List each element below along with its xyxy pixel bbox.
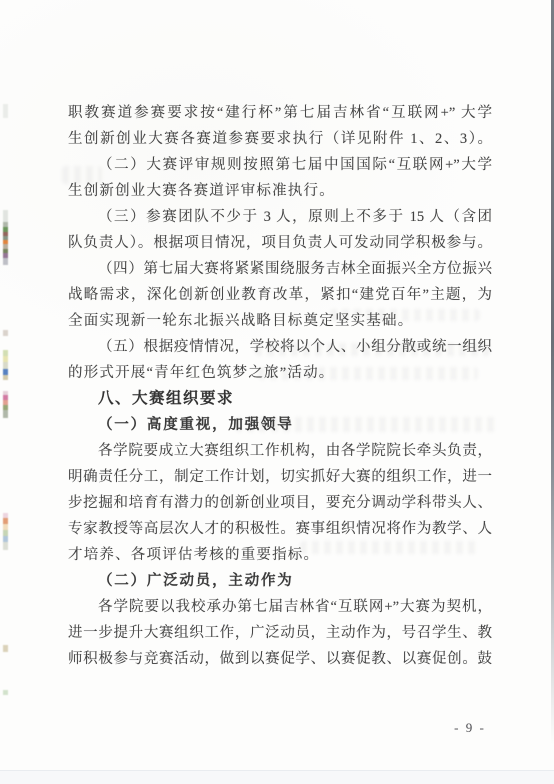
text-line: 队负责人）。根据项目情况，项目负责人可发动同学积极参与。 [68, 230, 492, 256]
page-number: - 9 - [446, 718, 494, 738]
scan-artifact-segment [3, 410, 8, 418]
section-heading: 八、大赛组织要求 [68, 386, 492, 412]
text-line: 生创新创业大赛各赛道评审标准执行。 [68, 178, 492, 204]
text-line: （四）第七届大赛将紧紧围绕服务吉林全面振兴全方位振兴 [68, 256, 492, 282]
document-text-block: 职教赛道参赛要求按“建行杯”第七届吉林省“互联网+” 大学 生创新创业大赛各赛道… [68, 100, 492, 672]
scan-artifact-segment [3, 258, 8, 265]
scan-artifact-segment [3, 210, 8, 222]
sub-heading: （二）广泛动员，主动作为 [68, 568, 492, 594]
text-line: （三）参赛团队不少于 3 人，原则上不多于 15 人（含团 [68, 204, 492, 230]
scan-artifact-segment [3, 104, 8, 118]
text-line: （五）根据疫情情况，学校将以个人、小组分散或统一组织 [68, 334, 492, 360]
bottom-scan-band [0, 771, 554, 784]
text-line: 才培养、各项评估考核的重要指标。 [68, 542, 492, 568]
text-line: 职教赛道参赛要求按“建行杯”第七届吉林省“互联网+” 大学 [68, 100, 492, 126]
text-line: 进一步提升大赛组织工作，广泛动员，主动作为，号召学生、教 [68, 620, 492, 646]
sub-heading: （一）高度重视，加强领导 [68, 412, 492, 438]
scan-artifact-segment [3, 690, 8, 695]
edge-color-strip [3, 0, 8, 784]
text-line: 师积极参与竞赛活动，做到以赛促学、以赛促教、以赛促创。鼓 [68, 646, 492, 672]
document-page: 职教赛道参赛要求按“建行杯”第七届吉林省“互联网+” 大学 生创新创业大赛各赛道… [0, 0, 554, 784]
scan-artifact-segment [3, 542, 8, 550]
text-line: 战略需求，深化创新创业教育改革，紧扣“建党百年”主题，为 [68, 282, 492, 308]
text-line: 各学院要成立大赛组织工作机构，由各学院院长牵头负责， [68, 438, 492, 464]
text-line: 的形式开展“青年红色筑梦之旅”活动。 [68, 360, 492, 386]
text-line: 生创新创业大赛各赛道参赛要求执行（详见附件 1、2、3）。 [68, 126, 492, 152]
text-line: 明确责任分工，制定工作计划，切实抓好大赛的组织工作，进一 [68, 464, 492, 490]
scan-artifact-segment [3, 330, 8, 336]
scan-artifact-segment [3, 375, 8, 380]
scan-artifact-segment [3, 362, 8, 369]
text-line: 全面实现新一轮东北振兴战略目标奠定坚实基础。 [68, 308, 492, 334]
text-line: （二）大赛评审规则按照第七届中国国际“互联网+”大学 [68, 152, 492, 178]
text-line: 专家教授等高层次人才的积极性。赛事组织情况将作为教学、人 [68, 516, 492, 542]
text-line: 步挖掘和培育有潜力的创新创业项目，要充分调动学科带头人、 [68, 490, 492, 516]
scan-artifact-segment [3, 645, 8, 652]
text-line: 各学院要以我校承办第七届吉林省“互联网+”大赛为契机， [68, 594, 492, 620]
